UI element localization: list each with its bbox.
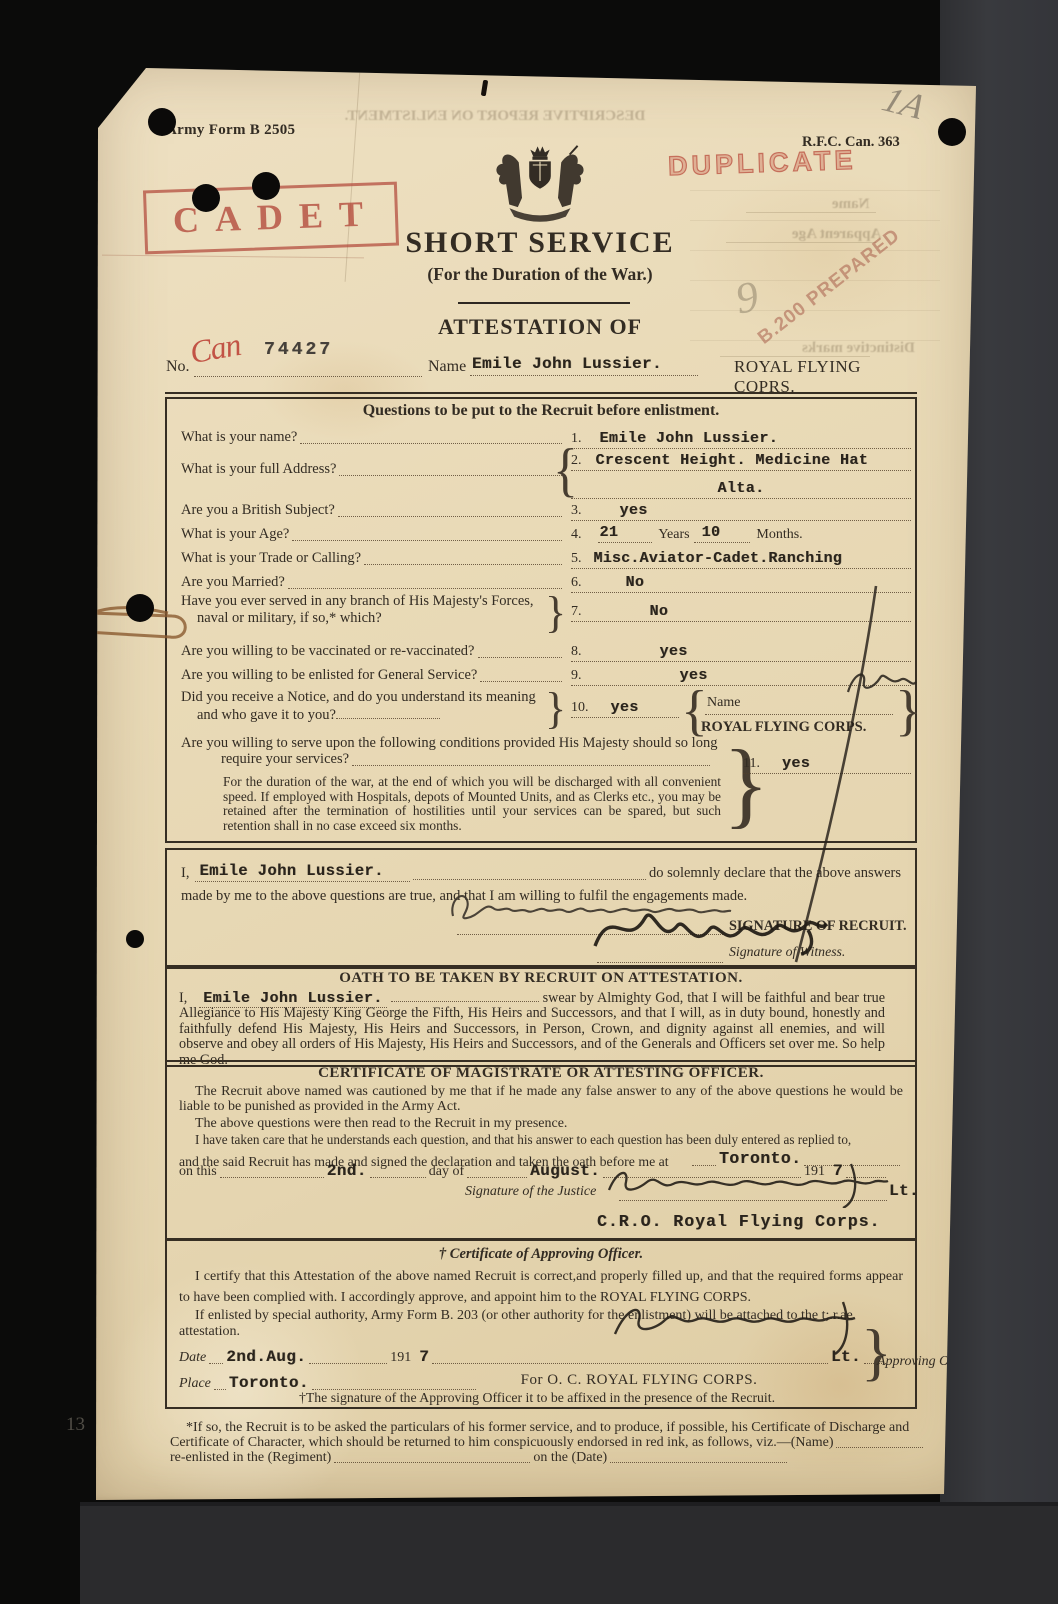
margin-mark: 13 — [66, 1414, 85, 1436]
question-2: What is your full Address? — [181, 461, 565, 478]
questions-box-top-rule — [165, 392, 917, 394]
punch-hole — [252, 172, 280, 200]
magistrate-title: CERTIFICATE OF MAGISTRATE OR ATTESTING O… — [167, 1065, 915, 1082]
oath-month-typed: August. — [530, 1162, 600, 1180]
dotted-leader — [309, 1363, 387, 1364]
footnote-line1: *If so, the Recruit is to be asked the p… — [170, 1420, 926, 1435]
footnote: *If so, the Recruit is to be asked the p… — [170, 1420, 926, 1465]
cro-unit-typed: C.R.O. Royal Flying Corps. — [597, 1212, 880, 1231]
question-3: Are you a British Subject? — [181, 502, 565, 519]
answer-2-line1: 2.Crescent Height. Medicine Hat — [571, 448, 911, 471]
answer-2-line2: Alta. — [571, 476, 911, 499]
pen-slash-stroke — [788, 580, 883, 970]
for-oc-label: For O. C. ROYAL FLYING CORPS. — [499, 1372, 779, 1389]
footnote-line3: re-enlisted in the (Regiment) on the (Da… — [170, 1450, 790, 1465]
punch-hole — [148, 108, 176, 136]
question-8: Are you willing to be vaccinated or re-v… — [181, 643, 565, 660]
punch-hole — [126, 594, 154, 622]
question-6: Are you Married? — [181, 574, 565, 591]
magistrate-p2: The above questions were then read to th… — [179, 1116, 903, 1132]
section-divider — [167, 1238, 915, 1241]
dotted-leader — [292, 540, 562, 541]
dotted-leader — [610, 1462, 787, 1463]
dotted-leader — [364, 564, 562, 565]
dotted-leader — [836, 1447, 923, 1448]
question-11-line2: require your services? — [221, 751, 713, 768]
service-number-value: 74427 — [264, 340, 333, 360]
approving-dagger-note: †The signature of the Approving Officer … — [257, 1390, 817, 1406]
question-9: Are you willing to be enlisted for Gener… — [181, 667, 565, 684]
oath-day-typed: 2nd. — [327, 1162, 367, 1180]
dotted-leader — [220, 1177, 324, 1178]
pencil-annotation-1a: 1A — [877, 78, 932, 127]
dotted-leader — [467, 1177, 527, 1178]
approving-place-row: Place Toronto. — [179, 1370, 479, 1392]
army-form-number: Army Form B 2505 — [166, 122, 295, 139]
question-5: What is your Trade or Calling? — [181, 550, 565, 567]
dotted-leader — [336, 706, 440, 719]
questions-title: Questions to be put to the Recruit befor… — [167, 402, 915, 420]
notice-name-scrawl — [842, 656, 920, 708]
header-rule — [458, 302, 630, 304]
dotted-leader — [214, 1389, 226, 1390]
form-subtitle: (For the Duration of the War.) — [195, 264, 885, 285]
ink-dot — [126, 930, 144, 948]
dotted-leader — [209, 1363, 223, 1364]
scanned-document-paper: DESCRIPTIVE REPORT ON ENLISTMENT. Name A… — [90, 60, 985, 1502]
magistrate-p1: The Recruit above named was cautioned by… — [179, 1084, 903, 1114]
right-brace: } — [861, 1320, 892, 1384]
approving-year-typed: 7 — [419, 1348, 429, 1366]
oath-title: OATH TO BE TAKEN BY RECRUIT ON ATTESTATI… — [167, 970, 915, 987]
approving-title: † Certificate of Approving Officer. — [167, 1246, 915, 1263]
dotted-leader — [370, 1177, 426, 1178]
question-10: Did you receive a Notice, and do you und… — [181, 689, 553, 723]
ink-tick-mark — [481, 80, 488, 97]
punch-hole — [938, 118, 966, 146]
ghost-text-descriptive-report: DESCRIPTIVE REPORT ON ENLISTMENT. — [280, 108, 710, 125]
number-label: No. — [166, 358, 190, 376]
right-brace: } — [545, 591, 566, 635]
dotted-leader — [338, 516, 562, 517]
dotted-leader — [480, 681, 562, 682]
footnote-line2: Certificate of Character, which should b… — [170, 1435, 926, 1450]
dotted-leader — [432, 1363, 828, 1364]
service-number-row: No. Can 74427 Name Emile John Lussier. R… — [166, 348, 910, 380]
declarant-name-typed: Emile John Lussier. — [195, 862, 409, 882]
approving-date-typed: 2nd.Aug. — [226, 1348, 306, 1366]
duplicate-stamp: DUPLICATE — [668, 145, 857, 183]
ghost-underline — [746, 212, 876, 213]
binding-lace — [76, 580, 236, 660]
oath-paragraph: I, Emile John Lussier. swear by Almighty… — [179, 989, 885, 1068]
binding-fabric-bottom — [80, 1502, 1058, 1600]
recruit-name-typed: Emile John Lussier. — [470, 355, 698, 376]
royal-coat-of-arms — [488, 144, 592, 226]
question-11-conditions: For the duration of the war, at the end … — [223, 775, 721, 833]
answer-3: 3.yes — [571, 498, 911, 521]
dotted-leader — [339, 475, 562, 476]
magistrate-certificate-section: CERTIFICATE OF MAGISTRATE OR ATTESTING O… — [165, 1060, 917, 1409]
question-11-line1: Are you willing to serve upon the follow… — [181, 735, 721, 752]
answer-10: 10.yes — [571, 695, 679, 718]
answer-1: 1.Emile John Lussier. — [571, 426, 911, 449]
signature-of-justice-label: Signature of the Justice — [465, 1184, 596, 1200]
answer-4: 4. 21 Years 10 Months. — [571, 522, 911, 544]
dotted-leader — [288, 588, 562, 589]
dotted-leader — [391, 989, 539, 1002]
answer-5: 5.Misc.Aviator-Cadet.Ranching — [571, 546, 911, 569]
dotted-leader — [334, 1462, 530, 1463]
approving-officer-signature — [607, 1290, 873, 1362]
dotted-leader — [352, 765, 710, 766]
dotted-leader — [478, 657, 563, 658]
question-7: Have you ever served in any branch of Hi… — [181, 593, 555, 626]
right-brace: } — [545, 687, 566, 731]
corps-name: ROYAL FLYING COPRS. — [734, 357, 910, 397]
justice-signature — [603, 1156, 895, 1208]
ghost-text-name: Name — [832, 196, 870, 213]
oath-section: OATH TO BE TAKEN BY RECRUIT ON ATTESTATI… — [165, 965, 917, 1067]
name-label: Name — [428, 358, 466, 376]
punch-hole — [192, 184, 220, 212]
dotted-leader — [300, 443, 562, 444]
question-1: What is your name? — [181, 429, 565, 446]
question-4: What is your Age? — [181, 526, 565, 543]
